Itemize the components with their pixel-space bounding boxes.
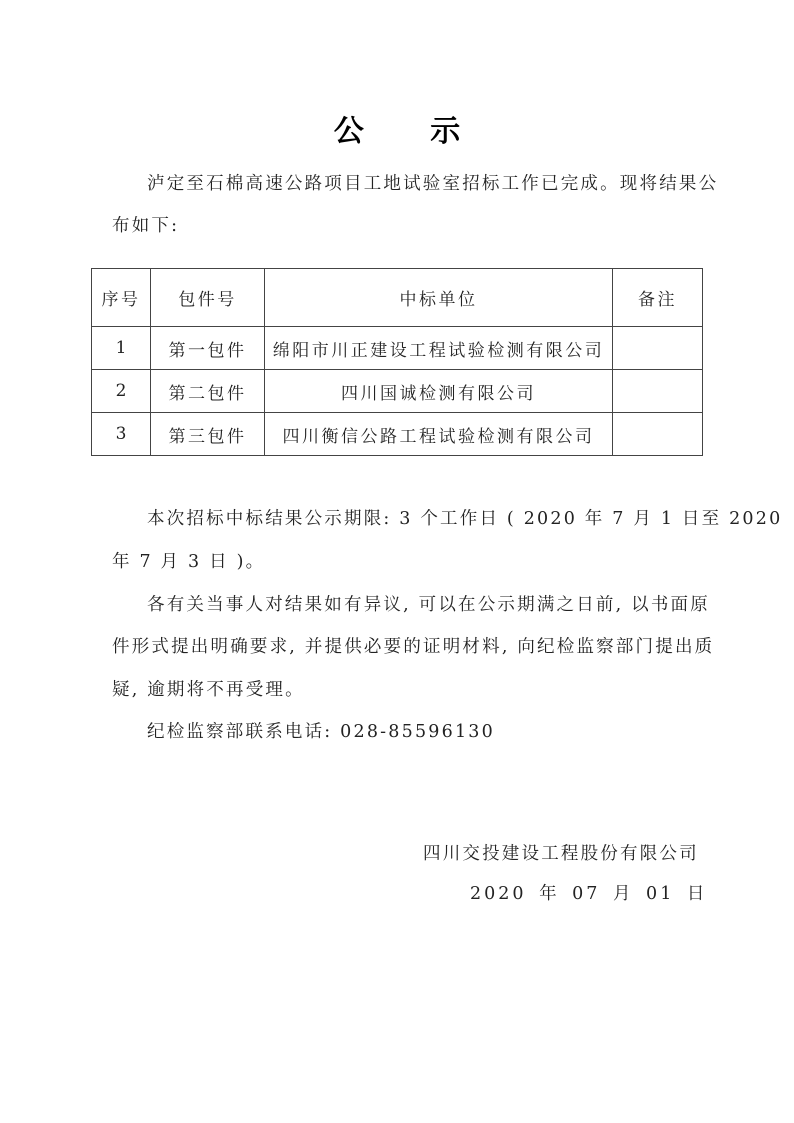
signature-company: 四川交投建设工程股份有限公司 (423, 840, 699, 865)
header-remark: 备注 (613, 269, 703, 327)
objection-line-2: 件形式提出明确要求, 并提供必要的证明材料, 向纪检监察部门提出质 (112, 633, 714, 658)
contact-line: 纪检监察部联系电话: 028-85596130 (147, 718, 495, 743)
cell-no: 2 (92, 370, 151, 413)
cell-no: 1 (92, 327, 151, 370)
table-header-row: 序号 包件号 中标单位 备注 (92, 269, 703, 327)
cell-package: 第一包件 (151, 327, 265, 370)
period-line-1: 本次招标中标结果公示期限: 3 个工作日 ( 2020 年 7 月 1 日至 2… (147, 505, 782, 530)
intro-line-2: 布如下: (112, 212, 179, 237)
cell-remark (613, 413, 703, 456)
period-line-2: 年 7 月 3 日 )。 (112, 548, 265, 573)
cell-remark (613, 370, 703, 413)
header-winner: 中标单位 (265, 269, 613, 327)
cell-winner: 四川衡信公路工程试验检测有限公司 (265, 413, 613, 456)
signature-date: 2020 年 07 月 01 日 (470, 880, 707, 905)
document-title: 公 示 (0, 106, 794, 150)
cell-package: 第三包件 (151, 413, 265, 456)
table-row: 2 第二包件 四川国诚检测有限公司 (92, 370, 703, 413)
results-table: 序号 包件号 中标单位 备注 1 第一包件 绵阳市川正建设工程试验检测有限公司 … (91, 268, 703, 456)
cell-winner: 绵阳市川正建设工程试验检测有限公司 (265, 327, 613, 370)
objection-line-3: 疑, 逾期将不再受理。 (112, 676, 305, 701)
objection-line-1: 各有关当事人对结果如有异议, 可以在公示期满之日前, 以书面原 (147, 591, 710, 616)
cell-no: 3 (92, 413, 151, 456)
header-no: 序号 (92, 269, 151, 327)
cell-winner: 四川国诚检测有限公司 (265, 370, 613, 413)
table-row: 3 第三包件 四川衡信公路工程试验检测有限公司 (92, 413, 703, 456)
intro-line-1: 泸定至石棉高速公路项目工地试验室招标工作已完成。现将结果公 (147, 170, 718, 195)
header-package: 包件号 (151, 269, 265, 327)
cell-remark (613, 327, 703, 370)
table-row: 1 第一包件 绵阳市川正建设工程试验检测有限公司 (92, 327, 703, 370)
cell-package: 第二包件 (151, 370, 265, 413)
